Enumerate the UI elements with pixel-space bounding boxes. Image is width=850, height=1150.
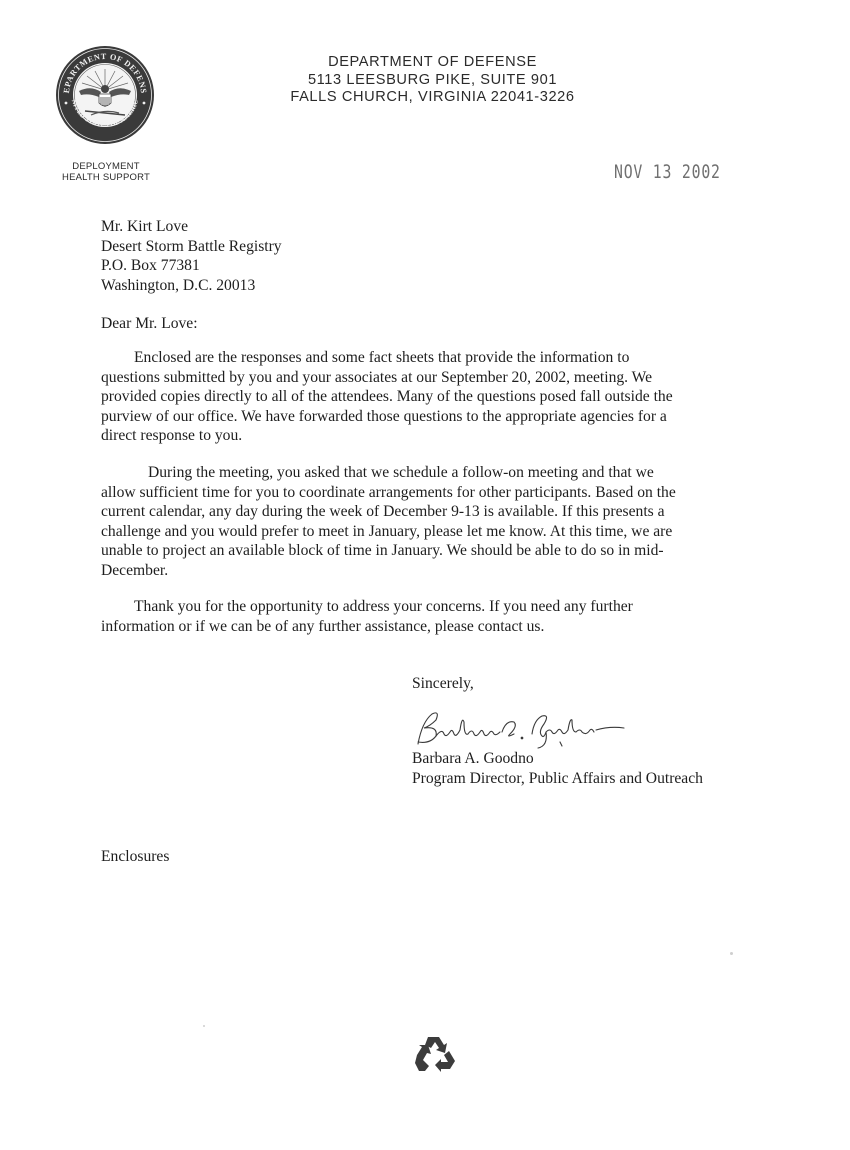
body-paragraph: During the meeting, you asked that we sc…: [101, 463, 741, 580]
paragraph-line: unable to project an available block of …: [101, 541, 741, 561]
recipient-name: Mr. Kirt Love: [101, 217, 282, 237]
body-paragraph: Enclosed are the responses and some fact…: [101, 348, 741, 446]
handwritten-signature: Barbara A. Goodno: [410, 702, 630, 752]
scan-speck: [730, 952, 733, 955]
paragraph-line: current calendar, any day during the wee…: [101, 502, 741, 522]
paragraph-line: During the meeting, you asked that we sc…: [101, 463, 741, 483]
paragraph-line: allow sufficient time for you to coordin…: [101, 483, 741, 503]
signer-block: Barbara A. Goodno Program Director, Publ…: [412, 749, 703, 788]
salutation: Dear Mr. Love:: [101, 314, 198, 334]
paragraph-line: Enclosed are the responses and some fact…: [101, 348, 741, 368]
paragraph-line: direct response to you.: [101, 426, 741, 446]
office-line: HEALTH SUPPORT: [50, 172, 162, 183]
enclosures-note: Enclosures: [101, 847, 169, 867]
paragraph-line: challenge and you would prefer to meet i…: [101, 522, 741, 542]
date-stamp: NOV 13 2002: [614, 161, 721, 183]
paragraph-line: provided copies directly to all of the a…: [101, 387, 741, 407]
office-line: DEPLOYMENT: [50, 161, 162, 172]
paragraph-line: Thank you for the opportunity to address…: [101, 597, 741, 617]
letterhead-street: 5113 LEESBURG PIKE, SUITE 901: [250, 72, 615, 90]
body-paragraph: Thank you for the opportunity to address…: [101, 597, 741, 636]
recipient-pobox: P.O. Box 77381: [101, 256, 282, 276]
closing: Sincerely,: [412, 674, 474, 694]
letterhead-city: FALLS CHURCH, VIRGINIA 22041-3226: [250, 89, 615, 107]
signer-name: Barbara A. Goodno: [412, 749, 703, 769]
paragraph-line: December.: [101, 561, 741, 581]
paragraph-line: information or if we can be of any furth…: [101, 617, 741, 637]
dod-seal-icon: DEPARTMENT OF DEFENSE UNITED STATES OF A…: [55, 45, 155, 145]
paragraph-line: purview of our office. We have forwarded…: [101, 407, 741, 427]
recycle-icon: [413, 1033, 457, 1075]
recipient-address: Mr. Kirt Love Desert Storm Battle Regist…: [101, 217, 282, 295]
office-label: DEPLOYMENT HEALTH SUPPORT: [50, 161, 162, 183]
letterhead: DEPARTMENT OF DEFENSE 5113 LEESBURG PIKE…: [250, 54, 615, 107]
recipient-org: Desert Storm Battle Registry: [101, 237, 282, 257]
recipient-city: Washington, D.C. 20013: [101, 276, 282, 296]
paragraph-line: questions submitted by you and your asso…: [101, 368, 741, 388]
scan-speck: [203, 1025, 205, 1027]
signer-title: Program Director, Public Affairs and Out…: [412, 769, 703, 789]
letterhead-org: DEPARTMENT OF DEFENSE: [250, 54, 615, 72]
